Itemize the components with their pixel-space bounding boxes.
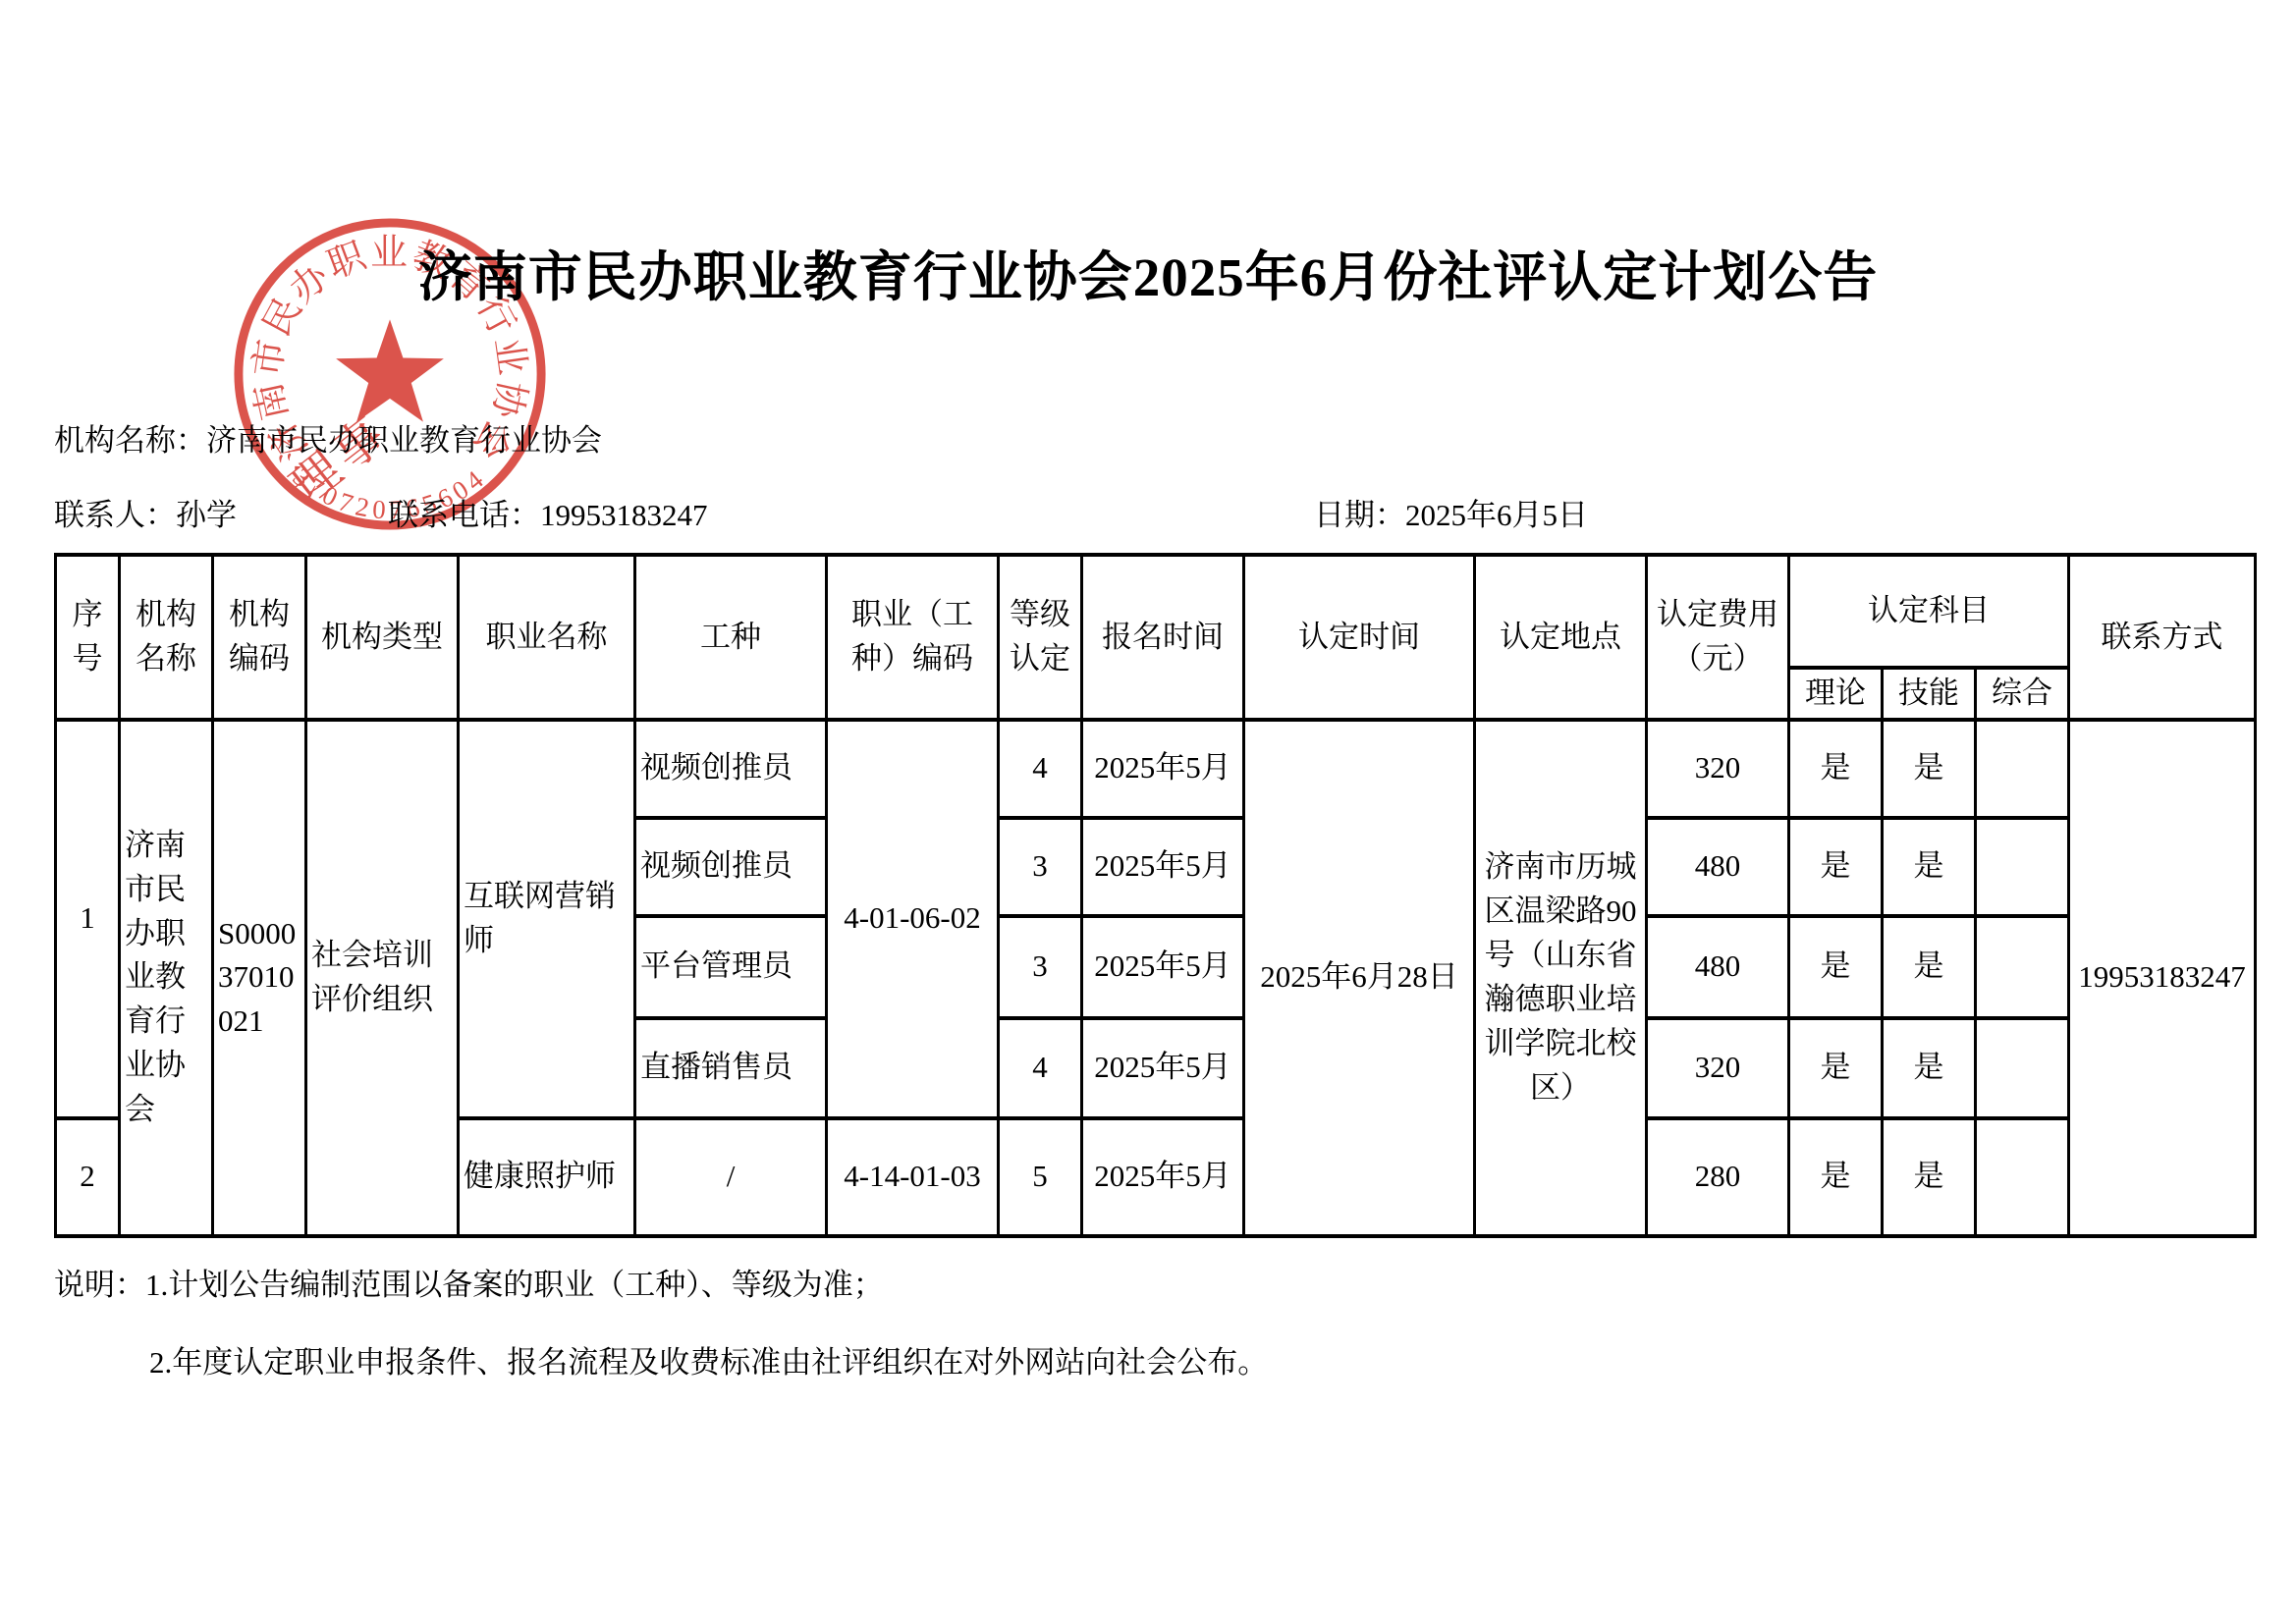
cell-skill: 是	[1883, 720, 1976, 818]
col-header-reg-time: 报名时间	[1082, 555, 1244, 720]
seal-star-icon	[336, 319, 444, 421]
cell-reg-time: 2025年5月	[1082, 1018, 1244, 1118]
col-header-org-name: 机构 名称	[120, 555, 213, 720]
col-header-skill: 技能	[1883, 668, 1976, 720]
cell-level: 5	[999, 1118, 1082, 1236]
cell-theory: 是	[1789, 1118, 1883, 1236]
cell-fee: 480	[1647, 916, 1789, 1018]
col-header-comprehensive: 综合	[1976, 668, 2069, 720]
cell-skill: 是	[1883, 916, 1976, 1018]
col-header-work-type: 工种	[635, 555, 827, 720]
document-page: { "page": { "title": "济南市民办职业教育行业协会2025年…	[0, 0, 2296, 1624]
cell-comprehensive	[1976, 818, 2069, 916]
cell-theory: 是	[1789, 720, 1883, 818]
note-line-1: 说明：1.计划公告编制范围以备案的职业（工种）、等级为准；	[54, 1260, 884, 1304]
cell-reg-time: 2025年5月	[1082, 1118, 1244, 1236]
col-header-theory: 理论	[1789, 668, 1883, 720]
col-header-occupation-code: 职业（工 种）编码	[827, 555, 999, 720]
cell-cert-place: 济南市历城区温梁路90号（山东省瀚德职业培训学院北校区）	[1475, 720, 1647, 1236]
date-value: 2025年6月5日	[1405, 498, 1588, 532]
cell-no: 1	[56, 720, 120, 1118]
cell-level: 3	[999, 916, 1082, 1018]
cell-org-type: 社会培训评价组织	[306, 720, 459, 1236]
org-name-value: 济南市民办职业教育行业协会	[206, 423, 602, 458]
cell-work-type: 平台管理员	[635, 916, 827, 1018]
date-item: 日期：2025年6月5日	[1314, 490, 1588, 534]
org-name-line: 机构名称：济南市民办职业教育行业协会	[54, 415, 602, 460]
cell-level: 4	[999, 720, 1082, 818]
col-header-fee: 认定费用 （元）	[1647, 555, 1789, 720]
contact-person-value: 孙学	[176, 498, 237, 532]
col-header-no: 序 号	[56, 555, 120, 720]
cell-fee: 480	[1647, 818, 1789, 916]
cell-occupation-code: 4-14-01-03	[827, 1118, 999, 1236]
cell-no: 2	[56, 1118, 120, 1236]
col-header-cert-time: 认定时间	[1244, 555, 1475, 720]
cell-occupation: 健康照护师	[459, 1118, 635, 1236]
cell-work-type: 视频创推员	[635, 818, 827, 916]
cell-work-type: /	[635, 1118, 827, 1236]
contact-line: 联系人：孙学 联系电话：19953183247 日期：2025年6月5日	[54, 490, 237, 534]
plan-table: 序 号 机构 名称 机构 编码 机构类型 职业名称 工种 职业（工 种）编码 等…	[54, 553, 2257, 1238]
cell-work-type: 直播销售员	[635, 1018, 827, 1118]
cell-theory: 是	[1789, 1018, 1883, 1118]
note-line-2: 2.年度认定职业申报条件、报名流程及收费标准由社评组织在对外网站向社会公布。	[149, 1337, 1268, 1381]
date-label: 日期：	[1314, 498, 1405, 532]
cell-fee: 320	[1647, 720, 1789, 818]
contact-person-label: 联系人：	[54, 498, 176, 532]
cell-fee: 320	[1647, 1018, 1789, 1118]
cell-level: 4	[999, 1018, 1082, 1118]
phone-value: 19953183247	[540, 498, 708, 532]
table-row: 1 济南市民办职业教育行业协会 S000037010021 社会培训评价组织 互…	[56, 720, 2256, 818]
cell-comprehensive	[1976, 916, 2069, 1018]
cell-cert-time: 2025年6月28日	[1244, 720, 1475, 1236]
cell-level: 3	[999, 818, 1082, 916]
cell-occupation-code: 4-01-06-02	[827, 720, 999, 1118]
org-name-label: 机构名称：	[54, 423, 206, 458]
col-header-contact: 联系方式	[2069, 555, 2256, 720]
cell-org-code: S000037010021	[213, 720, 306, 1236]
col-header-org-type: 机构类型	[306, 555, 459, 720]
cell-comprehensive	[1976, 1118, 2069, 1236]
cell-skill: 是	[1883, 1118, 1976, 1236]
cell-contact: 19953183247	[2069, 720, 2256, 1236]
col-header-cert-place: 认定地点	[1475, 555, 1647, 720]
phone-item: 联系电话：19953183247	[388, 490, 708, 534]
cell-theory: 是	[1789, 916, 1883, 1018]
cell-reg-time: 2025年5月	[1082, 818, 1244, 916]
page-title: 济南市民办职业教育行业协会2025年6月份社评认定计划公告	[418, 234, 1879, 311]
cell-work-type: 视频创推员	[635, 720, 827, 818]
cell-occupation: 互联网营销师	[459, 720, 635, 1118]
cell-comprehensive	[1976, 720, 2069, 818]
cell-reg-time: 2025年5月	[1082, 720, 1244, 818]
table-header-row-1: 序 号 机构 名称 机构 编码 机构类型 职业名称 工种 职业（工 种）编码 等…	[56, 555, 2256, 668]
cell-skill: 是	[1883, 818, 1976, 916]
cell-reg-time: 2025年5月	[1082, 916, 1244, 1018]
phone-label: 联系电话：	[388, 498, 540, 532]
col-header-occupation: 职业名称	[459, 555, 635, 720]
cell-theory: 是	[1789, 818, 1883, 916]
cell-org-name: 济南市民办职业教育行业协会	[120, 720, 213, 1236]
col-header-org-code: 机构 编码	[213, 555, 306, 720]
cell-fee: 280	[1647, 1118, 1789, 1236]
cell-comprehensive	[1976, 1018, 2069, 1118]
cell-skill: 是	[1883, 1018, 1976, 1118]
col-header-subjects: 认定科目	[1789, 555, 2069, 668]
col-header-level: 等级 认定	[999, 555, 1082, 720]
